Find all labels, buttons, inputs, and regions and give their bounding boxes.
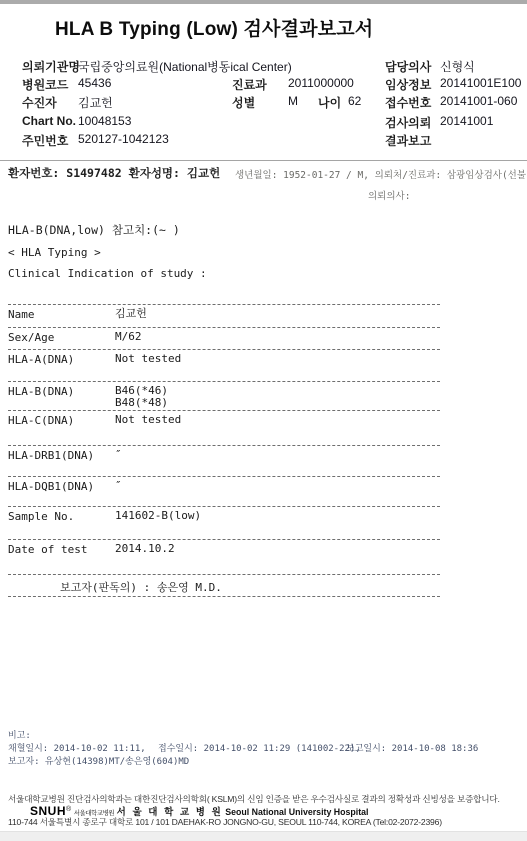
hla-typing-section-title: < HLA Typing > (8, 246, 101, 259)
collected-datetime: 채혈일시: 2014-10-02 11:11, (8, 744, 146, 754)
row-label: Name (8, 308, 35, 321)
patient-meta: 생년월일: 1952-01-27 / M, 의뢰처/진료과: 삼광임상검사(선불… (235, 167, 527, 181)
row-value: 141602-B(low) (115, 510, 201, 522)
report-page: HLA B Typing (Low) 검사결과보고서 의뢰기관명 국립중앙의료원… (0, 0, 527, 841)
resident-no-value: 520127-1042123 (78, 132, 169, 146)
order-date-label: 검사의뢰 (385, 114, 431, 131)
table-row: HLA-DRB1(DNA) ″ (8, 445, 440, 476)
table-row: Sex/Age M/62 (8, 327, 440, 349)
examinee-label: 수진자 (22, 94, 57, 111)
doctor-label: 담당의사 (385, 58, 431, 75)
age-label: 나이 (318, 94, 341, 111)
department-value: 2011000000 (288, 76, 354, 90)
table-row: Sample No. 141602-B(low) (8, 506, 440, 539)
row-label: HLA-A(DNA) (8, 353, 74, 366)
remark-label: 비고: (8, 728, 31, 741)
referring-doctor: 의뢰의사: (368, 188, 410, 202)
hospital-code-label: 병원코드 (22, 76, 68, 93)
department-label: 진료과 (232, 76, 267, 93)
reference-range-line: HLA-B(DNA,low) 참고치:(~ ) (8, 222, 180, 238)
table-row: HLA-DQB1(DNA) ″ (8, 476, 440, 506)
reporter-name: 보고자(판독의) : 송은영 M.D. (60, 579, 222, 595)
reported-datetime: 보고일시: 2014-10-08 18:36 (346, 741, 478, 754)
timestamps-row: 채혈일시: 2014-10-02 11:11, 접수일시: 2014-10-02… (8, 741, 520, 754)
examinee-value: 김교헌 (78, 94, 113, 111)
row-label: Date of test (8, 543, 87, 556)
received-datetime: 접수일시: 2014-10-02 11:29 (141002-22), (158, 741, 361, 754)
table-row: HLA-B(DNA) B46(*46)B48(*48) (8, 381, 440, 410)
resident-no-label: 주민번호 (22, 132, 68, 149)
bottom-strip (0, 831, 527, 841)
table-row: Date of test 2014.10.2 (8, 539, 440, 574)
row-label: Sample No. (8, 510, 74, 523)
hospital-code-value: 45436 (78, 76, 111, 90)
clinical-info-value: 20141001E100 (440, 76, 521, 90)
row-label: Sex/Age (8, 331, 54, 344)
row-label: HLA-B(DNA) (8, 385, 74, 398)
sex-value: M (288, 94, 298, 108)
patient-bar-divider (0, 160, 527, 161)
row-value: ″ (115, 480, 122, 492)
requesting-org-value: 국립중앙의료원(National병동ical Center) (78, 58, 292, 75)
row-label: HLA-DQB1(DNA) (8, 480, 94, 493)
row-value: ″ (115, 449, 122, 461)
age-value: 62 (348, 94, 361, 108)
reporter-row: 보고자(판독의) : 송은영 M.D. (8, 574, 440, 597)
clinical-info-label: 임상정보 (385, 76, 431, 93)
row-value: Not tested (115, 414, 181, 426)
row-value: M/62 (115, 331, 142, 343)
chart-no-value: 10048153 (78, 114, 131, 128)
hospital-address: 110-744 서울특별시 종로구 대학로 101 / 101 DAEHAK-R… (8, 816, 442, 828)
reporter-line: 보고자: 유상현(14398)MT/송은영(604)MD (8, 754, 189, 767)
doctor-value: 신형식 (440, 58, 475, 75)
accession-no-label: 접수번호 (385, 94, 431, 111)
clinical-indication-line: Clinical Indication of study : (8, 267, 207, 280)
report-date-label: 결과보고 (385, 132, 431, 149)
row-value: 김교헌 (115, 308, 147, 320)
accession-no-value: 20141001-060 (440, 94, 517, 108)
registered-mark-icon: ® (66, 806, 71, 813)
row-label: HLA-DRB1(DNA) (8, 449, 94, 462)
row-value: Not tested (115, 353, 181, 365)
table-row: Name 김교헌 (8, 304, 440, 327)
window-top-bar (0, 0, 527, 4)
result-table: Name 김교헌 Sex/Age M/62 HLA-A(DNA) Not tes… (8, 304, 440, 597)
table-row: HLA-C(DNA) Not tested (8, 410, 440, 445)
table-row: HLA-A(DNA) Not tested (8, 349, 440, 381)
chart-no-label: Chart No. (22, 114, 76, 128)
order-date-value: 20141001 (440, 114, 493, 128)
row-value: 2014.10.2 (115, 543, 175, 555)
patient-id-name: 환자번호: S1497482 환자성명: 김교헌 (8, 165, 220, 181)
row-label: HLA-C(DNA) (8, 414, 74, 427)
row-value: B46(*46)B48(*48) (115, 385, 168, 409)
row-value-line2: B48(*48) (115, 397, 168, 409)
sex-label: 성별 (232, 94, 255, 111)
page-title: HLA B Typing (Low) 검사결과보고서 (55, 14, 373, 41)
requesting-org-label: 의뢰기관명 (22, 58, 80, 75)
